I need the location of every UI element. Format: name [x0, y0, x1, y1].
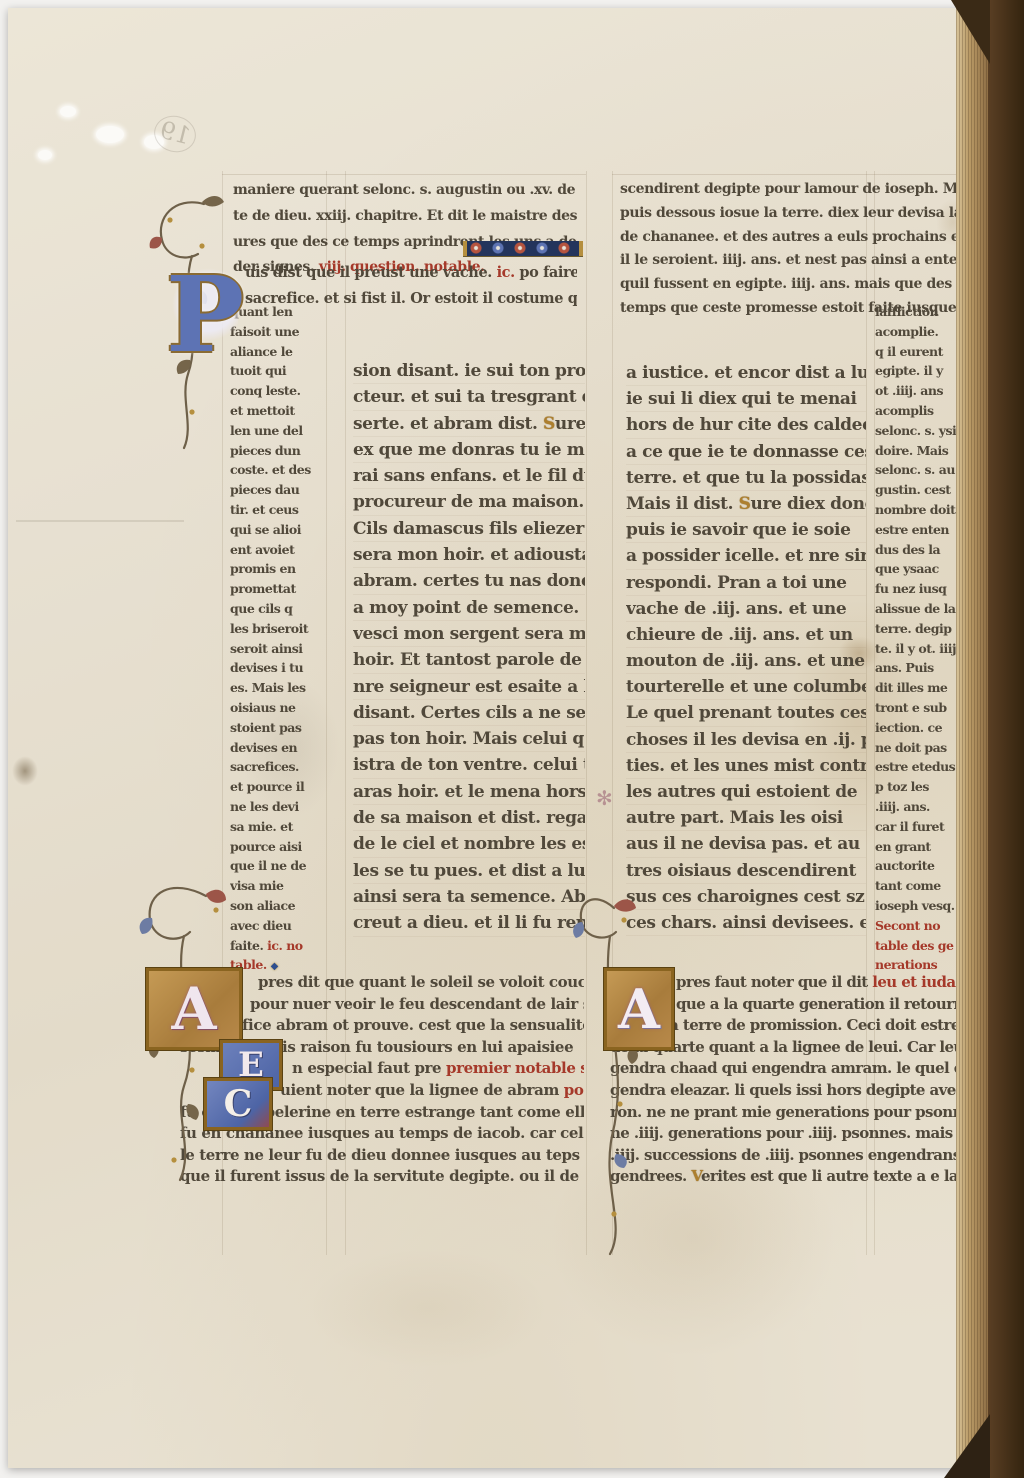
text-segment: table des ge	[875, 938, 953, 953]
text-line: Mais il dist. Sure diex donc	[626, 491, 866, 517]
text-segment: ure di	[555, 414, 585, 434]
text-segment: choses il les devisa en .ij. p	[626, 730, 866, 750]
text-segment: stoient pas	[230, 720, 301, 735]
text-line: nre seigneur est esaite a lui	[353, 674, 585, 700]
text-line: devises en	[230, 738, 326, 758]
text-line: sion disant. ie sui ton prote	[353, 358, 585, 384]
text-line: Cils damascus fils eliezer	[353, 516, 585, 542]
text-segment: a ce que ie te donnasse ceste	[626, 442, 866, 462]
text-segment: premier notable selon cler	[446, 1059, 584, 1077]
text-line: tant come	[875, 876, 967, 896]
text-line: sa mie. et	[230, 817, 326, 837]
text-segment: avec dieu	[230, 918, 291, 933]
text-segment: po faire	[515, 264, 577, 281]
text-line: egipte. il y	[875, 361, 967, 381]
text-segment: ne .iiij. generations pour .iiij. psonne…	[610, 1124, 966, 1142]
text-line: ioseph vesq.	[875, 896, 967, 916]
text-segment: les autres qui estoient de	[626, 782, 857, 802]
illuminated-initial-c: C	[204, 1078, 272, 1130]
text-line: es. Mais les	[230, 678, 326, 698]
text-segment: hoir. Et tantost parole de	[353, 650, 582, 670]
text-segment: seroit ainsi	[230, 641, 303, 656]
text-segment: car il furet	[875, 819, 944, 834]
text-segment: abram. certes tu nas done	[353, 571, 585, 591]
text-segment: tres oisiaus descendirent	[626, 861, 856, 881]
text-segment: sacrefices.	[230, 759, 299, 774]
text-segment: en grant	[875, 839, 931, 854]
text-line: nombre doit	[875, 500, 967, 520]
text-line: estre enten	[875, 520, 967, 540]
text-line: aliance le	[230, 342, 326, 362]
text-segment: S	[739, 494, 751, 514]
text-line: terre. et que tu la possidasses,	[626, 465, 866, 491]
text-line: ne doit pas	[875, 738, 967, 758]
text-segment: creut a dieu. et il li fu repute	[353, 913, 585, 933]
vine-flourish-center	[566, 884, 652, 1258]
text-segment: chieure de .iij. ans. et un	[626, 625, 853, 645]
text-segment: doire. Mais	[875, 443, 948, 458]
text-segment: tourterelle et une columbe.	[626, 677, 866, 697]
text-line: le terre ne leur fu de dieu donnee iusqu…	[180, 1145, 584, 1167]
text-segment: ans. Puis	[875, 660, 934, 675]
text-line: avec dieu	[230, 916, 326, 936]
folio-number: 19	[150, 111, 199, 156]
text-segment: pres dit que quant le soleil se voloit c…	[258, 973, 584, 991]
text-line: puis dessous iosue la terre. diex leur d…	[620, 202, 966, 226]
text-line: et mettoit	[230, 401, 326, 421]
text-segment: te de dieu. xxiij. chapitre. Et dit le m…	[233, 208, 577, 224]
text-segment: gendra eleazar. li quels issi hors degip…	[610, 1081, 966, 1099]
text-segment: ces chars. ainsi devisees. et	[626, 913, 866, 933]
text-line: qui se alioi	[230, 520, 326, 540]
text-line: ans. Puis	[875, 658, 967, 678]
text-line: a moy point de semence. et	[353, 595, 585, 621]
text-line: p toz les	[875, 777, 967, 797]
parchment-stain	[308, 1248, 548, 1368]
text-column-main-right: a iustice. et encor dist a lui.ie sui li…	[626, 360, 866, 936]
text-line: que ysaac	[875, 559, 967, 579]
text-segment: es. Mais les	[230, 680, 306, 695]
text-segment: auctorite	[875, 858, 934, 873]
text-segment: terre. et que tu la possidasses,	[626, 468, 866, 488]
text-segment: devises i tu	[230, 660, 303, 675]
text-line: tront e sub	[875, 698, 967, 718]
text-segment: Le quel prenant toutes ces	[626, 703, 866, 723]
text-segment: estre enten	[875, 522, 949, 537]
text-line: abram. certes tu nas done	[353, 568, 585, 594]
text-line: doire. Mais	[875, 441, 967, 461]
text-line: istra de ton ventre. celui tu	[353, 752, 585, 778]
parchment-hole	[38, 150, 52, 160]
text-segment: de le ciel et nombre les estoi	[353, 834, 585, 854]
text-line: table des ge	[875, 936, 967, 956]
text-segment: vesci mon sergent sera mo	[353, 624, 585, 644]
text-column-right-margin: lafflictionacomplie.q il eurentegipte. i…	[875, 302, 967, 975]
text-segment: dus des la	[875, 542, 940, 557]
text-line: pieces dau	[230, 480, 326, 500]
text-segment: q il eurent	[875, 344, 943, 359]
text-column-left-margin: quant lenfaisoit unealiance letuoit quic…	[230, 302, 326, 975]
text-line: faite. ic. no	[230, 936, 326, 956]
text-line: a possider icelle. et nre sire	[626, 543, 866, 569]
manuscript-page: 19 maniere querant selonc. s. augustin o…	[8, 8, 990, 1468]
text-line: aus il ne devisa pas. et au	[626, 831, 866, 857]
text-segment: sus ces charoignes cest sz	[626, 887, 864, 907]
rubric-ornament-band	[463, 241, 583, 256]
text-segment: ure diex donc	[751, 494, 866, 514]
text-line: faisoit une	[230, 322, 326, 342]
text-segment: ex que me donras tu ie men	[353, 440, 585, 460]
text-line: maniere querant selonc. s. augustin ou .…	[233, 178, 577, 204]
text-line: ne .iiij. generations pour .iiij. psonne…	[610, 1123, 966, 1145]
text-segment: pieces dau	[230, 482, 299, 497]
text-segment: ic. no	[267, 938, 303, 953]
text-segment: nre seigneur est esaite a lui	[353, 677, 585, 697]
text-segment: devises en	[230, 740, 297, 755]
text-segment: a possider icelle. et nre sire	[626, 546, 866, 566]
text-segment: Secont no	[875, 918, 940, 933]
text-segment: et pource il	[230, 779, 304, 794]
text-segment: tir. et ceus	[230, 502, 298, 517]
text-segment: le terre ne leur fu de dieu donnee iusqu…	[180, 1146, 580, 1164]
text-segment: de sa maison et dist. regar	[353, 808, 585, 828]
parchment-hole	[96, 126, 124, 143]
text-line: mouton de .iij. ans. et une	[626, 648, 866, 674]
text-segment: tront e sub	[875, 700, 947, 715]
text-line: procureur de ma maison.	[353, 489, 585, 515]
text-line: te. il y ot. iiij.	[875, 639, 967, 659]
parchment-hole	[60, 106, 76, 117]
text-segment: p toz les	[875, 779, 929, 794]
text-line: les se tu pues. et dist a lui	[353, 858, 585, 884]
text-line: ex que me donras tu ie men	[353, 437, 585, 463]
text-line: conq leste.	[230, 381, 326, 401]
text-line: fu nez iusq	[875, 579, 967, 599]
text-line: Le quel prenant toutes ces	[626, 700, 866, 726]
text-segment: terre. degip	[875, 621, 951, 636]
text-line: les briseroit	[230, 619, 326, 639]
text-segment: disant. Certes cils a ne sera	[353, 703, 585, 723]
text-segment: gendra chaad qui engendra amram. le quel…	[610, 1059, 966, 1077]
text-segment: ainsi sera ta semence. Abra	[353, 887, 585, 907]
text-line: auctorite	[875, 856, 967, 876]
text-segment: uient noter que la lignee de abram	[280, 1081, 564, 1099]
sprig-ornament: ✻	[596, 786, 613, 810]
text-segment: .iiij. ans.	[875, 799, 930, 814]
text-segment: promettat	[230, 581, 296, 596]
text-line: uis dist que il preust une vache. ic. po…	[245, 260, 577, 286]
text-segment: procureur de ma maison.	[353, 492, 584, 512]
text-segment: nerations	[875, 957, 937, 972]
text-line: gendra eleazar. li quels issi hors degip…	[610, 1080, 966, 1102]
parchment-crease	[16, 520, 184, 522]
ruling-guide	[222, 174, 586, 175]
text-segment: ot .iiij. ans	[875, 383, 943, 398]
text-line: gendra chaad qui engendra amram. le quel…	[610, 1058, 966, 1080]
text-segment: respondi. Pran a toi une	[626, 573, 847, 593]
illuminated-initial-a: A	[146, 968, 242, 1050]
text-line: tuoit qui	[230, 361, 326, 381]
text-segment: Mais il dist.	[626, 494, 739, 514]
book-page-edges	[956, 0, 990, 1478]
text-line: choses il les devisa en .ij. p	[626, 727, 866, 753]
text-segment: pource aisi	[230, 839, 302, 854]
text-column-main-left: sion disant. ie sui ton protecteur. et s…	[353, 358, 585, 937]
text-line: Secont no	[875, 916, 967, 936]
text-line: pas ton hoir. Mais celui q	[353, 726, 585, 752]
text-segment: ◆	[267, 961, 278, 972]
text-line: seroit ainsi	[230, 639, 326, 659]
text-segment: acomplis	[875, 403, 934, 418]
text-segment: que cils q	[230, 601, 292, 616]
parchment-stain	[12, 756, 38, 786]
text-segment: autre part. Mais les oisi	[626, 808, 843, 828]
text-segment: leu et iudas.	[872, 973, 966, 991]
text-segment: vache de .iij. ans. et une	[626, 599, 846, 619]
text-segment: faite.	[230, 938, 267, 953]
text-segment: les se tu pues. et dist a lui	[353, 861, 585, 881]
text-line: oisiaus ne	[230, 698, 326, 718]
text-line: laffliction	[875, 302, 967, 322]
text-line: vesci mon sergent sera mo	[353, 621, 585, 647]
text-segment: a moy point de semence. et	[353, 598, 585, 618]
text-line: estre etedus	[875, 757, 967, 777]
text-line: .iiij. ans.	[875, 797, 967, 817]
text-segment: coste. et des	[230, 462, 311, 477]
text-line: iection. ce	[875, 718, 967, 738]
text-segment: egipte. il y	[875, 363, 943, 378]
text-segment: selonc. s. ysi	[875, 423, 956, 438]
text-line: que il furent issus de la servitute degi…	[180, 1166, 584, 1188]
text-line: de sa maison et dist. regar	[353, 805, 585, 831]
text-line: hors de hur cite des caldees.	[626, 412, 866, 438]
text-line: tourterelle et une columbe.	[626, 674, 866, 700]
text-line: vache de .iij. ans. et une	[626, 596, 866, 622]
text-line: tres oisiaus descendirent	[626, 858, 866, 884]
text-line: quant len	[230, 302, 326, 322]
text-line: alissue de la	[875, 599, 967, 619]
text-segment: puis ie savoir que ie soie	[626, 520, 850, 540]
text-line: stoient pas	[230, 718, 326, 738]
text-segment: ioseph vesq.	[875, 898, 955, 913]
text-segment: V	[691, 1167, 701, 1185]
text-line: serte. et abram dist. Sure di	[353, 411, 585, 437]
text-segment: a iustice. et encor dist a lui.	[626, 363, 866, 383]
text-line: promis en	[230, 559, 326, 579]
text-segment: que il ne de	[230, 858, 306, 873]
illuminated-initial-p: P	[172, 254, 238, 374]
text-segment: pour nuer veoir le feu descendant de lai…	[250, 995, 584, 1013]
text-line: que cils q	[230, 599, 326, 619]
text-segment: que il furent issus de la servitute degi…	[180, 1167, 579, 1185]
text-line: sus ces charoignes cest sz	[626, 884, 866, 910]
text-segment: que ysaac	[875, 561, 939, 576]
text-line: ces chars. ainsi devisees. et	[626, 910, 866, 936]
ruling-guide	[612, 174, 958, 175]
text-segment: te. il y ot. iiij.	[875, 641, 960, 656]
text-segment: puis dessous iosue la terre. diex leur d…	[620, 205, 966, 221]
text-segment: erites est que li autre texte a e la qn	[701, 1167, 966, 1185]
text-segment: laffliction	[875, 304, 938, 319]
text-line: les autres qui estoient de	[626, 779, 866, 805]
text-segment: pas ton hoir. Mais celui q	[353, 729, 584, 749]
text-segment: ic.	[497, 264, 515, 281]
text-segment: cteur. et sui ta tresgrant des	[353, 387, 585, 407]
text-segment: aus il ne devisa pas. et au	[626, 834, 860, 854]
illuminated-initial-a2: A	[604, 968, 674, 1050]
text-segment: gustin. cest	[875, 482, 951, 497]
text-segment: ron. ne ne prant mie generations pour ps…	[610, 1103, 966, 1121]
text-segment: conq leste.	[230, 383, 300, 398]
text-line: acomplie.	[875, 322, 967, 342]
text-line: gendrees. Verites est que li autre texte…	[610, 1166, 966, 1188]
text-line: dus des la	[875, 540, 967, 560]
text-segment: alissue de la	[875, 601, 955, 616]
text-segment: sera mon hoir. et adiousta	[353, 545, 585, 565]
text-segment: pieces dun	[230, 443, 300, 458]
text-line: respondi. Pran a toi une	[626, 570, 866, 596]
text-line: visa mie	[230, 876, 326, 896]
text-segment: aras hoir. et le mena hors	[353, 782, 585, 802]
text-line: de chananee. et des autres a euls procha…	[620, 226, 966, 250]
text-segment: de chananee. et des autres a euls procha…	[620, 229, 966, 245]
text-segment: ties. et les unes mist contre	[626, 756, 866, 776]
text-segment: visa mie	[230, 878, 283, 893]
text-segment: que a la quarte generation il retournero…	[676, 995, 966, 1013]
text-line: ties. et les unes mist contre	[626, 753, 866, 779]
text-line: a ce que ie te donnasse ceste	[626, 439, 866, 465]
text-line: .iiij. successions de .iiij. psonnes eng…	[610, 1145, 966, 1167]
text-line: disant. Certes cils a ne sera	[353, 700, 585, 726]
text-line: et pource il	[230, 777, 326, 797]
text-segment: fu nez iusq	[875, 581, 946, 596]
text-line: il le seroient. iiij. ans. et nest pas a…	[620, 249, 966, 273]
text-segment: tant come	[875, 878, 941, 893]
text-line: terre. degip	[875, 619, 967, 639]
text-segment: et mettoit	[230, 403, 295, 418]
text-segment: serte. et abram dist.	[353, 414, 543, 434]
text-segment: .iiij. successions de .iiij. psonnes eng…	[610, 1146, 966, 1164]
text-line: coste. et des	[230, 460, 326, 480]
text-line: te de dieu. xxiij. chapitre. Et dit le m…	[233, 204, 577, 230]
text-segment: Cils damascus fils eliezer	[353, 519, 584, 539]
text-line: ent avoiet	[230, 540, 326, 560]
text-line: promettat	[230, 579, 326, 599]
text-line: dit illes me	[875, 678, 967, 698]
text-line: tir. et ceus	[230, 500, 326, 520]
text-line: de le ciel et nombre les estoi	[353, 831, 585, 857]
text-segment: pres faut noter que il dit	[676, 973, 872, 991]
text-block-top-right: scendirent degipte pour lamour de ioseph…	[620, 178, 966, 321]
text-segment: hors de hur cite des caldees.	[626, 415, 866, 435]
text-segment: acomplie.	[875, 324, 938, 339]
text-segment: iection. ce	[875, 720, 942, 735]
text-line: cteur. et sui ta tresgrant des	[353, 384, 585, 410]
text-segment: quil fussent en egipte. iiij. ans. mais …	[620, 276, 966, 292]
text-segment: sion disant. ie sui ton prote	[353, 361, 585, 381]
text-segment: uis dist que il preust une vache.	[245, 264, 497, 281]
text-line: sera mon hoir. et adiousta	[353, 542, 585, 568]
text-segment: qui se alioi	[230, 522, 301, 537]
text-line: q il eurent	[875, 342, 967, 362]
text-segment: ne doit pas	[875, 740, 947, 755]
text-line: ne les devi	[230, 797, 326, 817]
text-segment: selonc. s. au	[875, 462, 955, 477]
text-segment: il le seroient. iiij. ans. et nest pas a…	[620, 252, 966, 268]
text-line: ron. ne ne prant mie generations pour ps…	[610, 1102, 966, 1124]
text-segment: rai sans enfans. et le fil du	[353, 466, 585, 486]
text-line: selonc. s. au	[875, 460, 967, 480]
text-segment: dit illes me	[875, 680, 947, 695]
text-segment: ne les devi	[230, 799, 299, 814]
text-segment: son aliace	[230, 898, 295, 913]
text-line: quil fussent en egipte. iiij. ans. mais …	[620, 273, 966, 297]
text-line: ot .iiij. ans	[875, 381, 967, 401]
text-segment: les briseroit	[230, 621, 308, 636]
text-line: a iustice. et encor dist a lui.	[626, 360, 866, 386]
text-line: scendirent degipte pour lamour de ioseph…	[620, 178, 966, 202]
text-line: puis ie savoir que ie soie	[626, 517, 866, 543]
text-segment: mouton de .iij. ans. et une	[626, 651, 865, 671]
text-line: selonc. s. ysi	[875, 421, 967, 441]
text-line: creut a dieu. et il li fu repute	[353, 910, 585, 936]
text-segment: oisiaus ne	[230, 700, 296, 715]
text-line: car il furet	[875, 817, 967, 837]
text-line: ie sui li diex qui te menai	[626, 386, 866, 412]
text-line: acomplis	[875, 401, 967, 421]
text-line: hoir. Et tantost parole de	[353, 647, 585, 673]
text-segment: ent avoiet	[230, 542, 294, 557]
text-line: chieure de .iij. ans. et un	[626, 622, 866, 648]
text-line: en grant	[875, 837, 967, 857]
text-line: pieces dun	[230, 441, 326, 461]
text-segment: ie sui li diex qui te menai	[626, 389, 857, 409]
text-segment: nombre doit	[875, 502, 955, 517]
text-line: len une del	[230, 421, 326, 441]
text-line: son aliace	[230, 896, 326, 916]
text-line: autre part. Mais les oisi	[626, 805, 866, 831]
text-line: aras hoir. et le mena hors	[353, 779, 585, 805]
text-line: sacrefices.	[230, 757, 326, 777]
text-line: pource aisi	[230, 837, 326, 857]
text-segment: maniere querant selonc. s. augustin ou .…	[233, 182, 577, 198]
text-segment: n especial faut pre	[292, 1059, 446, 1077]
text-segment: estre etedus	[875, 759, 955, 774]
text-segment: scendirent degipte pour lamour de ioseph…	[620, 181, 966, 197]
text-segment: promis en	[230, 561, 296, 576]
text-line: gustin. cest	[875, 480, 967, 500]
text-line: que il ne de	[230, 856, 326, 876]
text-line: ainsi sera ta semence. Abra	[353, 884, 585, 910]
text-line: devises i tu	[230, 658, 326, 678]
text-segment: S	[543, 414, 555, 434]
text-segment: istra de ton ventre. celui tu	[353, 755, 585, 775]
text-segment: len une del	[230, 423, 303, 438]
text-segment: sa mie. et	[230, 819, 293, 834]
text-line: rai sans enfans. et le fil du	[353, 463, 585, 489]
book-cover-edge	[988, 0, 1024, 1478]
